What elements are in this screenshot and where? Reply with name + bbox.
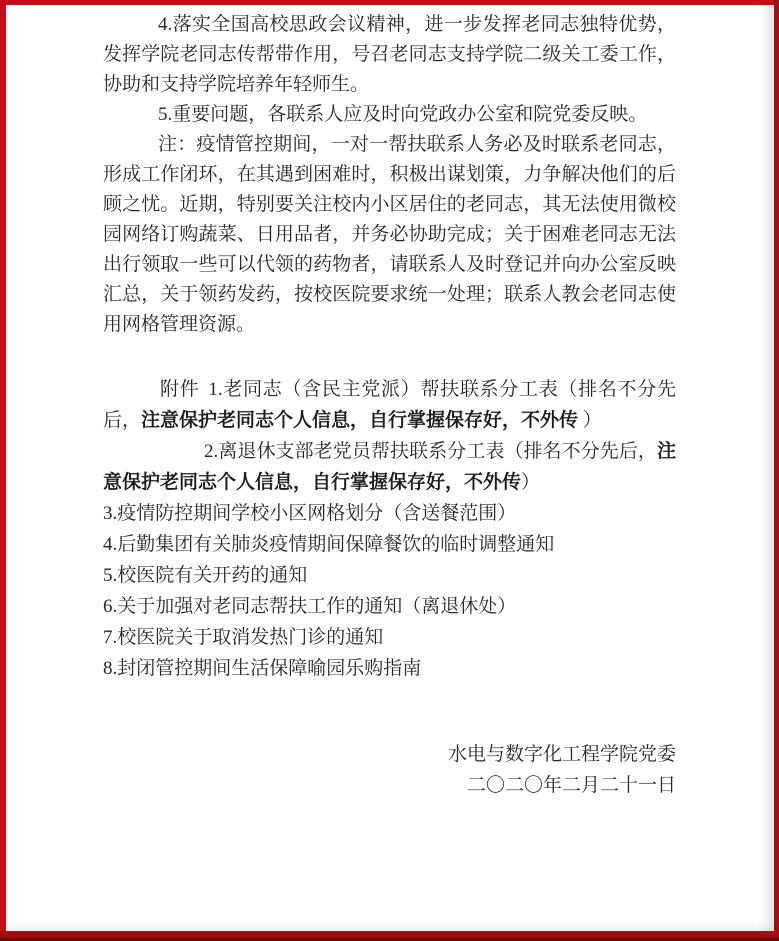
page-border-left (0, 0, 6, 941)
attachment-3-number: 3. (103, 503, 117, 524)
signature-block: 水电与数字化工程学院党委 二〇二〇年二月二十一日 (103, 739, 676, 801)
attachment-item-7: 7.校医院关于取消发热门诊的通知 (103, 622, 676, 653)
attachment-3-text: 疫情防控期间学校小区网格划分（含送餐范围） (117, 503, 516, 524)
attachment-item-6: 6.关于加强对老同志帮扶工作的通知（离退休处） (103, 591, 676, 622)
attachment-8-number: 8. (103, 658, 117, 679)
attachment-item-2: 2.离退休支部老党员帮扶联系分工表（排名不分先后，注意保护老同志个人信息，自行掌… (103, 436, 676, 498)
page-edge-shading-bottom (6, 923, 774, 931)
attachment-label: 附件 (160, 379, 199, 400)
attachment-item-4: 4.后勤集团有关肺炎疫情期间保障餐饮的临时调整通知 (103, 529, 676, 560)
document-page: 4.落实全国高校思政会议精神，进一步发挥老同志独特优势，发挥学院老同志传帮带作用… (0, 0, 779, 941)
document-content: 4.落实全国高校思政会议精神，进一步发挥老同志独特优势，发挥学院老同志传帮带作用… (103, 10, 676, 801)
attachment-1-tail: ） (578, 410, 602, 431)
attachment-5-text: 校医院有关开药的通知 (117, 565, 307, 586)
signature-organization: 水电与数字化工程学院党委 (103, 739, 676, 770)
attachment-6-number: 6. (103, 596, 117, 617)
attachment-item-1: 附件1.老同志（含民主党派）帮扶联系分工表（排名不分先后，注意保护老同志个人信息… (103, 374, 676, 436)
page-edge-shading-right (758, 5, 774, 931)
attachment-item-3: 3.疫情防控期间学校小区网格划分（含送餐范围） (103, 498, 676, 529)
attachment-6-text: 关于加强对老同志帮扶工作的通知（离退休处） (117, 596, 516, 617)
page-border-bottom (0, 931, 779, 941)
attachment-1-number: 1. (208, 379, 222, 400)
attachment-item-5: 5.校医院有关开药的通知 (103, 560, 676, 591)
attachment-4-number: 4. (103, 534, 117, 555)
attachment-4-text: 后勤集团有关肺炎疫情期间保障餐饮的临时调整通知 (117, 534, 554, 555)
attachment-2-number: 2. (204, 441, 218, 462)
signature-date: 二〇二〇年二月二十一日 (103, 770, 676, 801)
attachment-2-text: 离退休支部老党员帮扶联系分工表（排名不分先后， (218, 441, 657, 462)
attachment-1-bold-warning: 注意保护老同志个人信息，自行掌握保存好，不外传 (141, 410, 578, 431)
attachment-8-text: 封闭管控期间生活保障喻园乐购指南 (117, 658, 421, 679)
attachment-item-8: 8.封闭管控期间生活保障喻园乐购指南 (103, 653, 676, 684)
attachment-2-tail: ） (521, 472, 540, 493)
attachment-5-number: 5. (103, 565, 117, 586)
page-border-top (0, 0, 779, 5)
attachment-list: 附件1.老同志（含民主党派）帮扶联系分工表（排名不分先后，注意保护老同志个人信息… (103, 374, 676, 684)
paragraph-note: 注：疫情管控期间，一对一帮扶联系人务必及时联系老同志，形成工作闭环，在其遇到困难… (103, 130, 676, 340)
paragraph-point-4: 4.落实全国高校思政会议精神，进一步发挥老同志独特优势，发挥学院老同志传帮带作用… (103, 10, 676, 100)
attachment-7-text: 校医院关于取消发热门诊的通知 (117, 627, 383, 648)
page-border-right (774, 0, 779, 941)
paragraph-point-5: 5.重要问题，各联系人应及时向党政办公室和院党委反映。 (103, 100, 676, 130)
attachment-7-number: 7. (103, 627, 117, 648)
